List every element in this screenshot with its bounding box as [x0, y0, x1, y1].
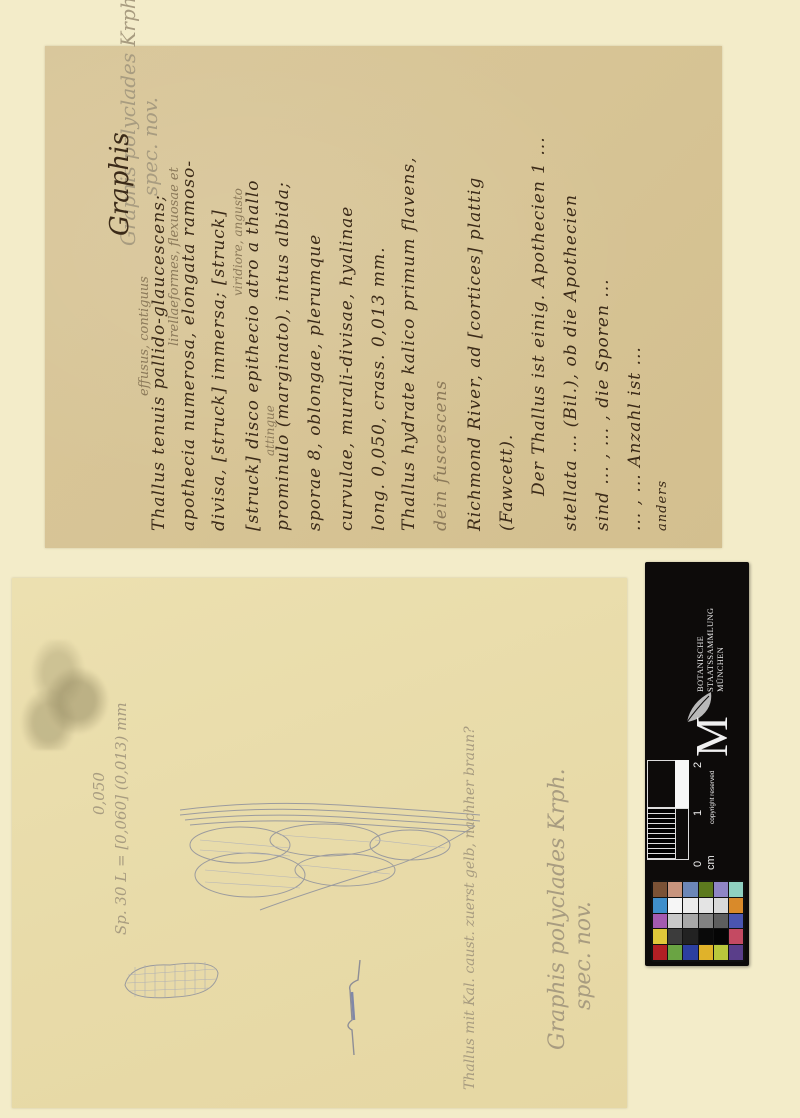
color-swatch — [668, 929, 682, 944]
institution-line: BOTANISCHE — [695, 608, 705, 692]
manuscript-line: dein fuscescens — [431, 380, 451, 531]
manuscript-line: Thallus tenuis pallido-glaucescens; — [149, 194, 169, 531]
manuscript-line: prominulo (marginato), intus albida; — [273, 181, 293, 531]
institution-line: STAATSSAMMLUNG — [705, 608, 715, 692]
manuscript-line: stellata ... (Bil.), ob die Apothecien — [561, 194, 581, 531]
thallus-profile-drawing — [340, 960, 370, 1080]
color-calibration-chart — [651, 880, 745, 962]
institution-name: BOTANISCHE STAATSSAMMLUNG MÜNCHEN — [695, 608, 725, 692]
manuscript-line: Richmond River, ad [cortices] plattig — [465, 177, 485, 531]
color-swatch — [668, 898, 682, 913]
measurement-line: Sp. 30 L = [0,060] (0,013) mm — [110, 702, 132, 935]
manuscript-line: Der Thallus ist einig. Apothecien 1 ... — [529, 136, 549, 496]
color-swatch — [699, 898, 713, 913]
thallus-reaction-note: Thallus mit Kal. caust. zuerst gelb, nac… — [462, 726, 478, 1090]
scale-tick-0: 0 — [692, 861, 704, 867]
manuscript-line: sporae 8, oblongae, plerumque — [305, 234, 325, 531]
color-swatch — [653, 882, 667, 897]
spore-drawing — [120, 955, 225, 1005]
color-swatch — [714, 882, 728, 897]
manuscript-sheet-upper: Graphis polyclades Krph. spec. nov. Grap… — [45, 46, 722, 548]
color-swatch — [699, 929, 713, 944]
color-swatch — [729, 898, 743, 913]
color-swatch — [653, 929, 667, 944]
color-swatch — [729, 945, 743, 960]
color-swatch — [714, 929, 728, 944]
scale-bar — [647, 760, 689, 863]
species-label: Graphis polyclades Krph. spec. nov. — [545, 768, 597, 1050]
color-swatch — [699, 914, 713, 929]
manuscript-line: ... , ... Anzahl ist ... — [625, 346, 645, 531]
institution-line: MÜNCHEN — [715, 608, 725, 692]
color-swatch — [729, 914, 743, 929]
color-swatch — [729, 929, 743, 944]
color-swatch — [714, 898, 728, 913]
manuscript-line: long. 0,050, crass. 0,013 mm. — [369, 246, 389, 531]
manuscript-line: apothecia numerosa, elongata ramoso- — [179, 160, 199, 531]
color-swatch — [653, 898, 667, 913]
color-swatch — [668, 945, 682, 960]
manuscript-line: anders — [655, 480, 670, 531]
manuscript-line: curvulae, murali-divisae, hyalinae — [337, 206, 357, 531]
color-swatch — [653, 945, 667, 960]
color-swatch — [683, 882, 697, 897]
scale-tick-2: 2 — [692, 762, 704, 768]
manuscript-line: [struck] disco epithecio atro a thallo — [243, 180, 263, 531]
color-swatch — [668, 882, 682, 897]
manuscript-title: Graphis — [105, 132, 135, 236]
color-swatch — [683, 898, 697, 913]
color-swatch — [714, 945, 728, 960]
color-swatch — [729, 882, 743, 897]
manuscript-line: divisa, [struck] immersa; [struck] — [209, 209, 229, 531]
logo-mark: M — [685, 716, 738, 757]
color-swatch — [683, 929, 697, 944]
manuscript-line: (Fawcett). — [497, 434, 517, 531]
color-swatch — [699, 945, 713, 960]
scale-unit: cm — [705, 855, 717, 870]
color-swatch — [653, 914, 667, 929]
manuscript-line: sind ... , ... , die Sporen ... — [593, 278, 613, 531]
scale-tick-1: 1 — [692, 810, 704, 816]
color-swatch — [683, 914, 697, 929]
species-label-line: spec. nov. — [571, 768, 597, 1050]
measurement-line: 0,050 — [88, 702, 110, 935]
color-swatch — [699, 882, 713, 897]
color-swatch — [683, 945, 697, 960]
species-label-line: Graphis polyclades Krph. — [545, 768, 571, 1050]
copyright-text: copyright reserved — [709, 771, 716, 824]
apothecium-section-drawing — [180, 790, 480, 920]
manuscript-line: Thallus hydrate kalico primum flavens, — [399, 157, 419, 531]
color-swatch — [714, 914, 728, 929]
color-swatch — [668, 914, 682, 929]
measurement-notes: 0,050 Sp. 30 L = [0,060] (0,013) mm — [88, 702, 132, 935]
